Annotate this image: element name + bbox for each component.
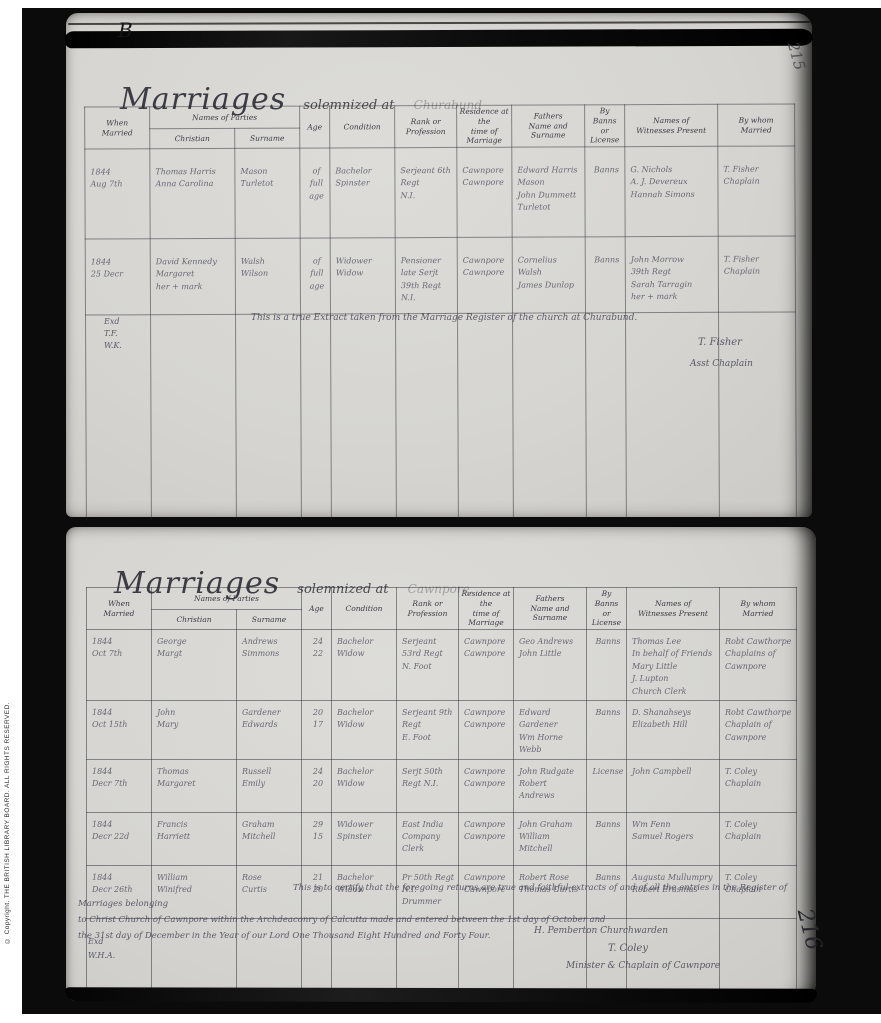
- col-header-by-whom: By whom Married: [718, 104, 795, 146]
- empty-cell: [331, 314, 397, 520]
- cell-banns: License: [587, 759, 627, 812]
- col-header-residence: Residence at the time of Marriage: [459, 588, 514, 630]
- register-entry-row: 1844 Oct 15th John Mary Gardener Edwards…: [87, 700, 797, 759]
- cell-banns: Banns: [585, 237, 625, 313]
- cell-age: of full age: [300, 238, 330, 314]
- cell-condition: Bachelor Widow: [332, 630, 397, 701]
- empty-cell: [396, 313, 459, 519]
- cell-rank: East India Company Clerk: [397, 812, 459, 865]
- col-header-when: When Married: [85, 107, 150, 149]
- cell-condition: Bachelor Spinster: [330, 148, 395, 238]
- cell-father: Cornelius Walsh James Dunlop: [512, 237, 585, 313]
- cell-father: John Rudgate Robert Andrews: [514, 759, 587, 812]
- cell-witnesses: Wm Fenn Samuel Rogers: [627, 812, 720, 865]
- examiner-marks: Exd T.F. W.K.: [104, 316, 122, 352]
- cell-age: 29 15: [302, 812, 332, 865]
- cell-rank: Pensioner late Serjt 39th Regt N.I.: [395, 237, 457, 313]
- empty-register-rows: [86, 312, 797, 521]
- cell-when-married: 1844 Oct 15th: [87, 700, 152, 759]
- col-header-banns: By Banns or License: [585, 105, 625, 147]
- col-header-when: When Married: [87, 588, 152, 630]
- book-spine-shadow: [65, 29, 813, 49]
- col-header-father: Fathers Name and Surname: [512, 105, 585, 147]
- cell-residence: Cawnpore Cawnpore: [459, 630, 514, 701]
- cell-witnesses: John Morrow 39th Regt Sarah Tarragin her…: [625, 236, 718, 312]
- cell-father: Geo Andrews John Little: [514, 630, 587, 701]
- chaplain-signature: T. Coley: [608, 943, 648, 954]
- cell-christian-names: Thomas Margaret: [152, 759, 237, 812]
- col-header-age: Age: [302, 588, 332, 630]
- col-header-rank: Rank or Profession: [395, 105, 457, 147]
- pen-mark: B: [118, 18, 133, 42]
- col-header-witnesses: Names of Witnesses Present: [625, 104, 718, 146]
- cell-rank: Serjeant 53rd Regt N. Foot: [397, 630, 459, 701]
- cell-father: Edward Gardener Wm Horne Webb: [514, 700, 587, 759]
- cell-christian-names: David Kennedy Margaret her + mark: [150, 238, 235, 314]
- cell-condition: Widower Widow: [330, 238, 395, 314]
- register-entry-row: 1844 Decr 7th Thomas Margaret Russell Em…: [87, 759, 797, 812]
- cell-age: of full age: [300, 148, 330, 238]
- col-header-by-whom: By whom Married: [720, 588, 797, 630]
- cell-by-whom: T. Fisher Chaplain: [718, 236, 795, 312]
- cell-christian-names: Thomas Harris Anna Carolina: [150, 148, 235, 238]
- page-bottom-edge-shadow: [65, 987, 817, 1003]
- col-header-condition: Condition: [332, 588, 397, 630]
- col-header-surname: Surname: [237, 610, 302, 630]
- cell-banns: Banns: [587, 812, 627, 865]
- cell-by-whom: Robt Cawthorpe Chaplain of Cawnpore: [720, 700, 797, 759]
- cell-age: 24 20: [302, 759, 332, 812]
- cell-condition: Bachelor Widow: [332, 759, 397, 812]
- cell-christian-names: John Mary: [152, 700, 237, 759]
- cell-residence: Cawnpore Cawnpore: [457, 147, 512, 237]
- cell-when-married: 1844 Oct 7th: [87, 630, 152, 701]
- empty-cell: [513, 313, 587, 519]
- cell-residence: Cawnpore Cawnpore: [459, 812, 514, 865]
- cell-condition: Widower Spinster: [332, 812, 397, 865]
- col-header-banns: By Banns or License: [587, 588, 627, 630]
- col-header-christian: Christian: [150, 128, 235, 148]
- churchwarden-signature: H. Pemberton Churchwarden: [534, 926, 668, 936]
- cell-rank: Serjeant 9th Regt E. Foot: [397, 700, 459, 759]
- cell-rank: Serjeant 6th Regt N.I.: [395, 147, 457, 237]
- chaplain-signature-title: Asst Chaplain: [690, 359, 753, 369]
- register-entry-row: 1844 Aug 7th Thomas Harris Anna Carolina…: [85, 146, 795, 239]
- cell-rank: Serjt 50th Regt N.I.: [397, 759, 459, 812]
- register-page-215: B 215 Marriages solemnized at Churabund …: [66, 13, 812, 517]
- chaplain-signature-title: Minister & Chaplain of Cawnpore: [566, 961, 720, 971]
- copyright-notice: © Copyright. THE BRITISH LIBRARY BOARD. …: [4, 702, 11, 944]
- certification-note: This is to certify that the foregoing re…: [78, 880, 798, 945]
- empty-cell: [301, 314, 332, 520]
- cell-banns: Banns: [587, 700, 627, 759]
- cell-surnames: Russell Emily: [237, 759, 302, 812]
- cell-when-married: 1844 Decr 7th: [87, 759, 152, 812]
- register-page-216: 216 Marriages solemnized at Cawnpore. Wh…: [66, 527, 816, 1001]
- cell-residence: Cawnpore Cawnpore: [459, 759, 514, 812]
- cell-by-whom: T. Coley Chaplain: [720, 759, 797, 812]
- cell-age: 24 22: [302, 630, 332, 701]
- col-header-christian: Christian: [152, 610, 237, 630]
- cell-residence: Cawnpore Cawnpore: [457, 237, 512, 313]
- cell-father: Edward Harris Mason John Dummett Turleto…: [512, 147, 585, 237]
- extract-note: This is a true Extract taken from the Ma…: [251, 313, 796, 323]
- cell-father: John Graham William Mitchell: [514, 812, 587, 865]
- chaplain-signature: T. Fisher: [698, 337, 742, 348]
- empty-cell: [151, 314, 237, 520]
- cell-by-whom: T. Fisher Chaplain: [718, 146, 795, 236]
- cell-banns: Banns: [585, 147, 625, 237]
- cell-when-married: 1844 Decr 22d: [87, 812, 152, 865]
- col-header-parties: Names of Parties: [152, 588, 302, 610]
- col-header-condition: Condition: [330, 106, 395, 148]
- cell-by-whom: T. Coley Chaplain: [720, 812, 797, 865]
- empty-cell: [236, 314, 302, 520]
- cell-residence: Cawnpore Cawnpore: [459, 700, 514, 759]
- cell-age: 20 17: [302, 700, 332, 759]
- empty-cell: [586, 313, 627, 519]
- cell-by-whom: Robt Cawthorpe Chaplains of Cawnpore: [720, 630, 797, 701]
- register-entry-row: 1844 25 Decr David Kennedy Margaret her …: [85, 236, 795, 315]
- cell-witnesses: Thomas Lee In behalf of Friends Mary Lit…: [627, 630, 720, 701]
- cell-when-married: 1844 Aug 7th: [85, 149, 150, 239]
- empty-cell: [458, 313, 514, 519]
- marriage-register-table: When Married Names of Parties Age Condit…: [84, 103, 797, 520]
- cell-condition: Bachelor Widow: [332, 700, 397, 759]
- cell-banns: Banns: [587, 630, 627, 701]
- col-header-surname: Surname: [235, 128, 300, 148]
- col-header-age: Age: [300, 106, 330, 148]
- register-entry-row: 1844 Decr 22d Francis Harriett Graham Mi…: [87, 812, 797, 865]
- cell-when-married: 1844 25 Decr: [85, 239, 150, 315]
- cell-surnames: Andrews Simmons: [237, 630, 302, 701]
- cell-surnames: Mason Turletot: [235, 148, 300, 238]
- col-header-parties: Names of Parties: [150, 106, 300, 129]
- register-entry-row: 1844 Oct 7th George Margt Andrews Simmon…: [87, 630, 797, 701]
- cell-witnesses: D. Shanahseys Elizabeth Hill: [627, 700, 720, 759]
- cell-surnames: Walsh Wilson: [235, 238, 300, 314]
- col-header-witnesses: Names of Witnesses Present: [627, 588, 720, 630]
- col-header-father: Fathers Name and Surname: [514, 588, 587, 630]
- col-header-rank: Rank or Profession: [397, 588, 459, 630]
- examiner-marks: Exd W.H.A.: [88, 935, 115, 962]
- col-header-residence: Residence at the time of Marriage: [457, 105, 512, 147]
- cell-christian-names: Francis Harriett: [152, 812, 237, 865]
- cell-surnames: Gardener Edwards: [237, 700, 302, 759]
- page-edge-line: [68, 21, 810, 25]
- cell-christian-names: George Margt: [152, 630, 237, 701]
- cell-witnesses: G. Nichols A. J. Devereux Hannah Simons: [625, 146, 718, 236]
- cell-witnesses: John Campbell: [627, 759, 720, 812]
- cell-surnames: Graham Mitchell: [237, 812, 302, 865]
